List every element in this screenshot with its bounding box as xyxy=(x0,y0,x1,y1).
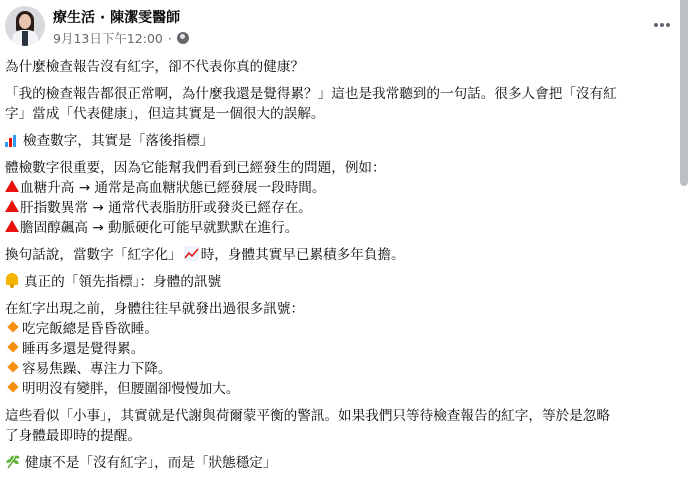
list-item-text: 血糖升高 → 通常是高血糖狀態已經發展一段時間。 xyxy=(20,180,326,196)
avatar-shirt xyxy=(22,31,28,46)
section2-lead: 在紅字出現之前，身體往往早就發出過很多訊號： xyxy=(5,299,677,319)
more-options-icon-dot xyxy=(660,23,664,27)
red-triangle-icon xyxy=(5,220,19,232)
post-header: 療生活 · 陳潔雯醫師 9月13日下午12:00 · xyxy=(0,0,680,52)
more-options-icon xyxy=(654,23,658,27)
more-options-button[interactable] xyxy=(648,14,676,36)
post-title: 為什麼檢查報告沒有紅字，卻不代表你真的健康？ xyxy=(5,57,677,77)
post-body: 為什麼檢查報告沒有紅字，卻不代表你真的健康？ 「我的檢查報告都很正常啊，為什麼我… xyxy=(5,57,677,478)
post-title-text: 為什麼檢查報告沒有紅字，卻不代表你真的健康？ xyxy=(5,57,677,77)
post-meta: 9月13日下午12:00 · xyxy=(53,29,189,47)
bell-icon xyxy=(5,273,19,288)
globe-icon[interactable] xyxy=(177,32,189,44)
summary-text-post: 時，身體其實早已累積多年負擔。 xyxy=(201,247,405,263)
list-item: 容易焦躁、專注力下降。 xyxy=(5,359,677,379)
list-item: 血糖升高 → 通常是高血糖狀態已經發展一段時間。 xyxy=(5,178,677,198)
orange-diamond-icon xyxy=(7,341,18,352)
list-item: 膽固醇飆高 → 動脈硬化可能早就默默在進行。 xyxy=(5,218,677,238)
section1-summary: 換句話說，當數字「紅字化」 時，身體其實早已累積多年負擔。 xyxy=(5,245,677,265)
section2-heading: 真正的「領先指標」：身體的訊號 xyxy=(5,272,677,292)
orange-diamond-icon xyxy=(7,321,18,332)
section2-heading-text: 真正的「領先指標」：身體的訊號 xyxy=(24,274,221,290)
scrollbar[interactable] xyxy=(680,0,688,478)
meta-separator: · xyxy=(168,31,172,46)
orange-diamond-icon xyxy=(7,361,18,372)
red-triangle-icon xyxy=(5,200,19,212)
more-options-icon-dot xyxy=(666,23,670,27)
intro-line-2: 字」當成「代表健康」，但這其實是一個很大的誤解。 xyxy=(5,104,677,124)
list-item: 明明沒有變胖，但腰圍卻慢慢加大。 xyxy=(5,379,677,399)
avatar[interactable] xyxy=(5,6,45,46)
list-item-text: 肝指數異常 → 通常代表脂肪肝或發炎已經存在。 xyxy=(20,200,312,216)
summary-text-pre: 換句話說，當數字「紅字化」 xyxy=(5,247,182,263)
intro-paragraph: 「我的檢查報告都很正常啊，為什麼我還是覺得累？」這也是我常聽到的一句話。很多人會… xyxy=(5,84,677,124)
section3-heading: 健康不是「沒有紅字」，而是「狀態穩定」 xyxy=(5,453,677,473)
intro-line-1: 「我的檢查報告都很正常啊，為什麼我還是覺得累？」這也是我常聽到的一句話。很多人會… xyxy=(5,84,677,104)
page-name-link[interactable]: 療生活 · 陳潔雯醫師 xyxy=(53,7,180,27)
avatar-face xyxy=(19,14,31,29)
orange-diamond-icon xyxy=(7,381,18,392)
section1-paragraph: 體檢數字很重要，因為它能幫我們看到已經發生的問題，例如： 血糖升高 → 通常是高… xyxy=(5,158,677,238)
list-item-text: 容易焦躁、專注力下降。 xyxy=(22,361,172,377)
list-item-text: 睡再多還是覺得累。 xyxy=(22,341,144,357)
facebook-post: 療生活 · 陳潔雯醫師 9月13日下午12:00 · 為什麼檢查報告沒有紅字，卻… xyxy=(0,0,688,478)
red-triangle-icon xyxy=(5,180,19,192)
chart-increasing-icon xyxy=(184,246,199,261)
section1-lead: 體檢數字很重要，因為它能幫我們看到已經發生的問題，例如： xyxy=(5,158,677,178)
scrollbar-thumb[interactable] xyxy=(680,0,688,186)
section2-summary-line-1: 這些看似「小事」，其實就是代謝與荷爾蒙平衡的警訊。如果我們只等待檢查報告的紅字，… xyxy=(5,406,677,426)
section1-heading-text: 檢查數字，其實是「落後指標」 xyxy=(23,133,213,149)
section3-heading-text: 健康不是「沒有紅字」，而是「狀態穩定」 xyxy=(25,455,276,471)
list-item-text: 明明沒有變胖，但腰圍卻慢慢加大。 xyxy=(22,381,240,397)
list-item: 肝指數異常 → 通常代表脂肪肝或發炎已經存在。 xyxy=(5,198,677,218)
bar-chart-icon xyxy=(5,134,18,147)
section2-paragraph: 在紅字出現之前，身體往往早就發出過很多訊號： 吃完飯總是昏昏欲睡。 睡再多還是覺… xyxy=(5,299,677,399)
list-item-text: 吃完飯總是昏昏欲睡。 xyxy=(22,321,158,337)
list-item-text: 膽固醇飆高 → 動脈硬化可能早就默默在進行。 xyxy=(20,220,298,236)
section2-summary-line-2: 了身體最即時的提醒。 xyxy=(5,426,677,446)
post-timestamp[interactable]: 9月13日下午12:00 xyxy=(53,29,163,47)
list-item: 吃完飯總是昏昏欲睡。 xyxy=(5,319,677,339)
section2-summary: 這些看似「小事」，其實就是代謝與荷爾蒙平衡的警訊。如果我們只等待檢查報告的紅字，… xyxy=(5,406,677,446)
herb-icon xyxy=(5,454,20,469)
list-item: 睡再多還是覺得累。 xyxy=(5,339,677,359)
section1-heading: 檢查數字，其實是「落後指標」 xyxy=(5,131,677,151)
